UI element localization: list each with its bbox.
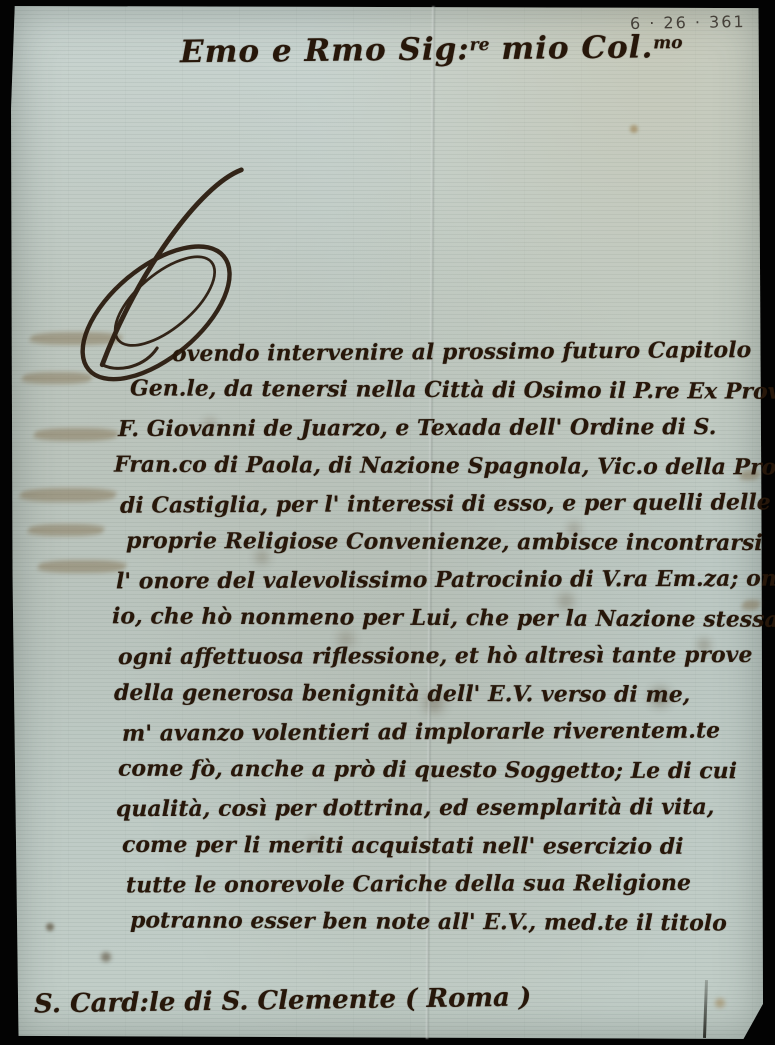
body-line: ogni affettuosa riflessione, et hò altre…	[118, 636, 767, 676]
salutation-text: mio Col.	[489, 29, 653, 67]
body-line: qualità, così per dottrina, ed esemplari…	[116, 788, 767, 828]
bleedthrough-mark	[32, 428, 119, 441]
body-line: l' onore del valevolissimo Patrocinio di…	[116, 560, 767, 601]
scan-background: { "document": { "archival_number": "6 · …	[0, 0, 775, 1045]
body-line: proprie Religiose Convenienze, ambisce i…	[126, 522, 767, 562]
salutation-text: e Rmo Sig:	[260, 31, 470, 69]
body-line: ovendo intervenire al prossimo futuro Ca…	[172, 331, 767, 373]
body-line: io, che hò nonmeno per Lui, che per la N…	[112, 597, 767, 638]
body-line: tutte le onorevole Cariche della sua Rel…	[126, 864, 767, 905]
salutation-superscript: re	[470, 35, 490, 55]
body-line: F. Giovanni de Juarzo, e Texada dell' Or…	[118, 408, 767, 448]
body-line: potranno esser ben note all' E.V., med.t…	[130, 901, 767, 942]
bleedthrough-mark	[27, 524, 106, 536]
salutation-superscript: mo	[653, 33, 683, 53]
salutation-line: Emo e Rmo Sig:re mio Col.mo	[180, 30, 620, 71]
body-line: Fran.co di Paola, di Nazione Spagnola, V…	[114, 446, 767, 487]
body-line: come per li meriti acquistati nell' eser…	[122, 826, 767, 866]
letter-body: ovendo intervenire al prossimo futuro Ca…	[112, 333, 767, 941]
body-line: di Castiglia, per l' interessi di esso, …	[120, 483, 767, 524]
body-line: come fò, anche a prò di questo Soggetto;…	[118, 750, 767, 791]
salutation-text: Emo	[180, 33, 260, 70]
bleedthrough-mark	[18, 488, 117, 502]
body-line: m' avanzo volentieri ad implorarle river…	[122, 711, 767, 752]
body-line: della generosa benignità dell' E.V. vers…	[114, 674, 767, 714]
body-line: Gen.le, da tenersi nella Città di Osimo …	[130, 369, 767, 410]
ink-smudges	[11, 6, 17, 12]
